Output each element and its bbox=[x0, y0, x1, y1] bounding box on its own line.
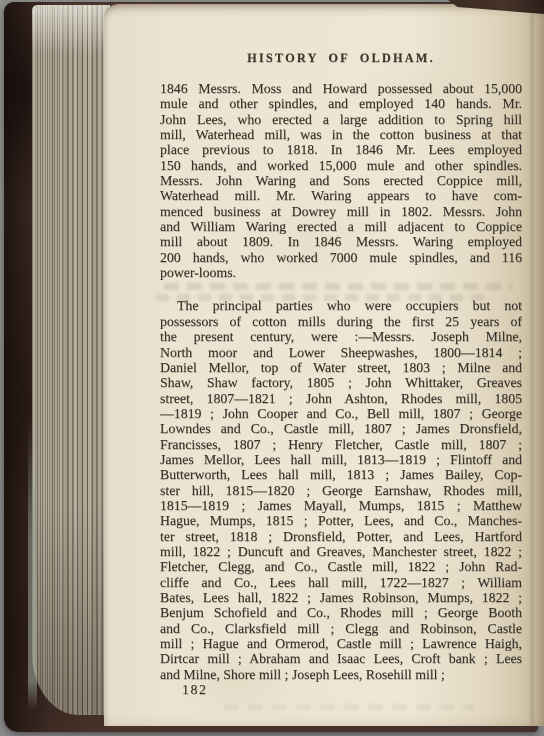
text-line: mill about 1809. In 1846 Messrs. Waring … bbox=[160, 234, 522, 249]
text-line: 150 hands, and worked 15,000 mule and ot… bbox=[160, 158, 522, 173]
page-crease bbox=[531, 4, 533, 726]
text-line: ter street, 1818 ; Dronsfield, Potter, a… bbox=[160, 529, 522, 544]
text-line: Lowndes and Co., Castle mill, 1807 ; Jam… bbox=[160, 421, 522, 436]
text-line: and Milne, Shore mill ; Joseph Lees, Ros… bbox=[160, 667, 522, 682]
text-line: 1815—1819 ; James Mayall, Mumps, 1815 ; … bbox=[160, 498, 522, 513]
text-line: cliffe and Co., Lees hall mill, 1722—182… bbox=[160, 575, 522, 590]
text-line: Butterworth, Lees hall mill, 1813 ; Jame… bbox=[160, 467, 522, 482]
text-line: Benjum Schofield and Co., Rhodes mill ; … bbox=[160, 605, 522, 620]
text-line: James Mellor, Lees hall mill, 1813—1819 … bbox=[160, 452, 522, 467]
body-text: 1846 Messrs. Moss and Howard possessed a… bbox=[160, 81, 522, 682]
text-line: mill ; Hague and Ormerod, Castle mill ; … bbox=[160, 636, 522, 651]
paragraph: 1846 Messrs. Moss and Howard possessed a… bbox=[160, 81, 522, 280]
text-line: power-looms. bbox=[160, 265, 522, 280]
text-line: Fletcher, Clegg, and Co., Castle mill, 1… bbox=[160, 559, 522, 574]
page-number: 182 bbox=[182, 683, 208, 699]
text-line: mill, Waterhead mill, was in the cotton … bbox=[160, 127, 522, 142]
text-line: mule and other spindles, and employed 14… bbox=[160, 96, 522, 111]
text-line: Bates, Lees hall, 1822 ; James Robinson,… bbox=[160, 590, 522, 605]
book-photo: HISTORY OF OLDHAM. 1846 Messrs. Moss and… bbox=[0, 0, 544, 736]
endpaper-strip bbox=[28, 420, 37, 710]
text-line: possessors of cotton mills during the fi… bbox=[160, 314, 522, 329]
text-line: Dirtcar mill ; Abraham and Isaac Lees, C… bbox=[160, 651, 522, 666]
text-line: and William Waring erected a mill adjace… bbox=[160, 219, 522, 234]
paragraph: The principal parties who were occupiers… bbox=[160, 298, 522, 682]
text-line: mill, 1822 ; Duncuft and Greaves, Manche… bbox=[160, 544, 522, 559]
text-line: Francisses, 1807 ; Henry Fletcher, Castl… bbox=[160, 437, 522, 452]
text-line: Shaw, Shaw factory, 1805 ; John Whittake… bbox=[160, 375, 522, 390]
text-line: place previous to 1818. In 1846 Mr. Lees… bbox=[160, 142, 522, 157]
text-line: 1846 Messrs. Moss and Howard possessed a… bbox=[160, 81, 522, 96]
bleedthrough-ghost bbox=[224, 704, 474, 710]
text-line: the present century, were :—Messrs. Jose… bbox=[160, 329, 522, 344]
bleedthrough-ghost bbox=[164, 283, 512, 290]
book-page: HISTORY OF OLDHAM. 1846 Messrs. Moss and… bbox=[104, 4, 544, 726]
text-line: North moor and Lower Sheepwashes, 1800—1… bbox=[160, 345, 522, 360]
page-edges bbox=[32, 5, 110, 715]
bleedthrough-ghost bbox=[156, 294, 486, 301]
text-line: Daniel Mellor, top of Water street, 1803… bbox=[160, 360, 522, 375]
text-line: —1819 ; John Cooper and Co., Bell mill, … bbox=[160, 406, 522, 421]
text-line: street, 1807—1821 ; John Ashton, Rhodes … bbox=[160, 391, 522, 406]
text-line: menced business at Dowrey mill in 1802. … bbox=[160, 204, 522, 219]
text-line: Hague, Mumps, 1815 ; Potter, Lees, and C… bbox=[160, 513, 522, 528]
text-line: John Lees, who erected a large addition … bbox=[160, 112, 522, 127]
running-head: HISTORY OF OLDHAM. bbox=[160, 51, 522, 66]
text-line: ster hill, 1815—1820 ; George Earnshaw, … bbox=[160, 483, 522, 498]
text-line: 200 hands, who worked 7000 mule spindles… bbox=[160, 250, 522, 265]
text-line: and Co., Clarksfield mill ; Clegg and Ro… bbox=[160, 621, 522, 636]
text-line: Waterhead mill. Mr. Waring appears to ha… bbox=[160, 188, 522, 203]
text-line: Messrs. John Waring and Sons erected Cop… bbox=[160, 173, 522, 188]
